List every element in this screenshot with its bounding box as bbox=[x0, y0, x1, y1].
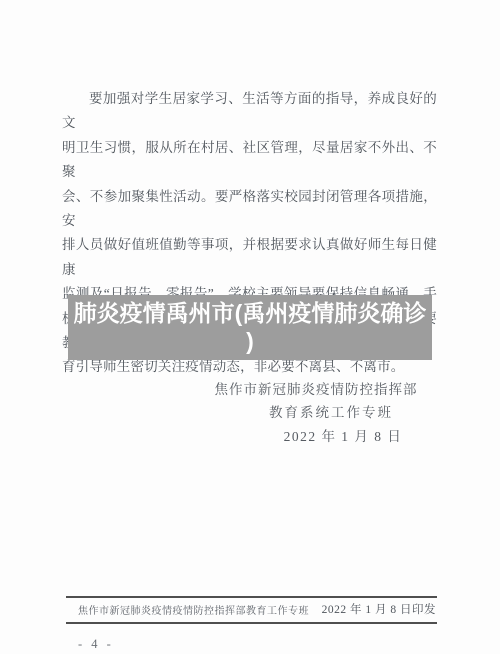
overlay-caption-banner: 肺炎疫情禹州市(禹州疫情肺炎确诊 ) bbox=[68, 295, 432, 360]
footer-issuer: 焦作市新冠肺炎疫情疫情防控指挥部教育工作专班 bbox=[78, 602, 309, 617]
overlay-caption-title-line1: 肺炎疫情禹州市(禹州疫情肺炎确诊 bbox=[68, 299, 432, 327]
body-text-line: 会、不参加聚集性活动。要严格落实校园封闭管理各项措施，安 bbox=[62, 185, 437, 234]
body-text-line: 要加强对学生居家学习、生活等方面的指导，养成良好的文 bbox=[62, 87, 437, 136]
signature-team: 教育系统工作专班 bbox=[269, 401, 393, 421]
footer-rule-bottom bbox=[66, 622, 437, 624]
footer-print-date: 2022 年 1 月 8 日印发 bbox=[322, 601, 436, 617]
footer-rule-top bbox=[66, 596, 437, 598]
body-text-line: 明卫生习惯，服从所在村居、社区管理，尽量居家不外出、不聚 bbox=[62, 136, 437, 185]
signature-organization: 焦作市新冠肺炎疫情防控指挥部 bbox=[215, 378, 418, 398]
body-text-line: 排人员做好值班值勤等事项，并根据要求认真做好师生每日健康 bbox=[62, 233, 437, 282]
scanned-document-page: 要加强对学生居家学习、生活等方面的指导，养成良好的文 明卫生习惯，服从所在村居、… bbox=[0, 0, 500, 654]
overlay-caption-title-line2: ) bbox=[68, 327, 432, 355]
page-number: - 4 - bbox=[78, 637, 114, 652]
signature-date: 2022 年 1 月 8 日 bbox=[284, 425, 403, 445]
